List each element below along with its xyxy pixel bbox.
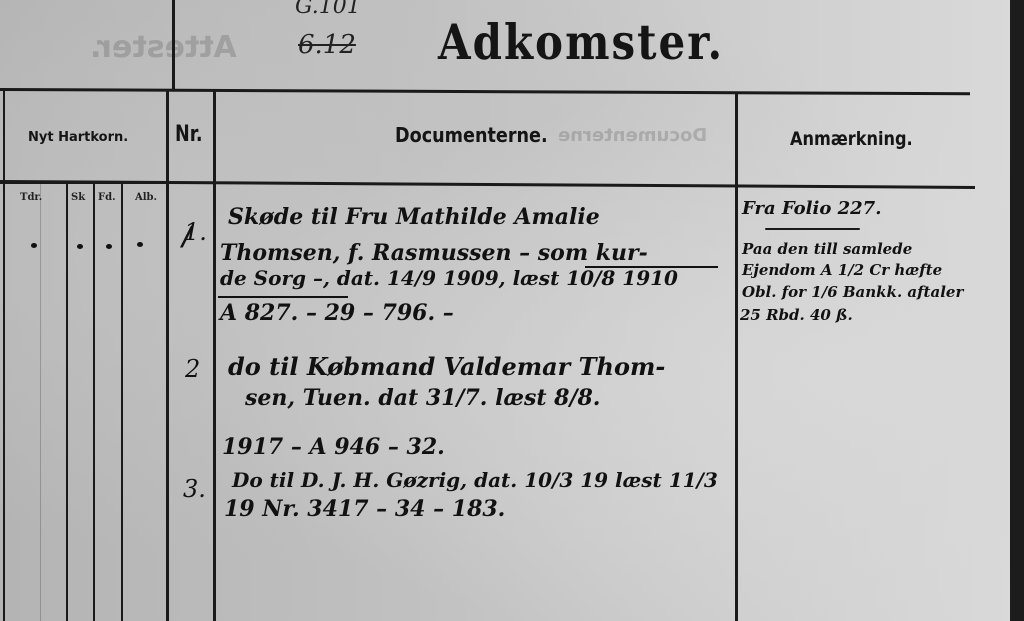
bleed-through-header: Documenterne xyxy=(558,125,707,146)
col-rule-doc-remarks xyxy=(735,92,738,621)
remark-line-1: Paa den till samlede xyxy=(742,240,912,258)
remark-line-3: Obl. for 1/6 Bankk. aftaler xyxy=(742,283,963,301)
remark-flourish xyxy=(765,228,860,230)
page-title: Adkomster. xyxy=(438,14,724,70)
subheader-alb: Alb. xyxy=(135,192,157,203)
folio-mark-bottom: 6.12 xyxy=(298,30,356,60)
remark-line-4: 25 Rbd. 40 ß. xyxy=(740,306,853,324)
ledger-page: Attester. Documenterne G.101 6.12 Adkoms… xyxy=(0,0,1012,621)
col-rule-hartkorn-nr xyxy=(166,90,169,621)
col-rule-fd-alb xyxy=(121,184,123,621)
entry-1-underline-2 xyxy=(218,296,348,298)
hartkorn-alb-dash xyxy=(137,242,143,247)
header-nyt-hartkorn: Nyt Hartkorn. xyxy=(28,130,128,145)
title-divider xyxy=(172,0,175,90)
subheader-fd: Fd. xyxy=(98,192,116,203)
header-documenterne: Documenterne. xyxy=(395,123,548,147)
col-rule-left xyxy=(3,90,5,621)
entry-2-line-3: 1917 – A 946 – 32. xyxy=(222,434,445,460)
header-nr: Nr. xyxy=(175,122,203,147)
col-rule-nr-doc xyxy=(213,90,216,621)
subheader-tdr: Tdr. xyxy=(20,192,42,203)
entry-number: 2 xyxy=(185,355,200,383)
entry-1-line-1: Skøde til Fru Mathilde Amalie xyxy=(228,204,600,230)
header-top-rule xyxy=(0,88,970,95)
hartkorn-sk-dash xyxy=(77,244,83,249)
bleed-through-text: Attester. xyxy=(90,30,237,65)
hartkorn-fd-dash xyxy=(106,244,112,249)
page-binding-edge xyxy=(1010,0,1024,621)
subheader-rule xyxy=(0,182,165,184)
entry-2-line-1: do til Købmand Valdemar Thom- xyxy=(228,352,665,381)
entry-1-line-3: de Sorg –, dat. 14/9 1909, læst 10/8 191… xyxy=(220,266,678,290)
hartkorn-tdr-dash xyxy=(31,243,37,248)
entry-1-line-2: Thomsen, f. Rasmussen – som kur- xyxy=(220,240,648,266)
col-rule-tdr-sk xyxy=(66,184,68,621)
subheader-sk: Sk xyxy=(71,192,85,203)
entry-number: 3. xyxy=(183,475,206,503)
faint-rule xyxy=(40,184,41,621)
entry-1-line-4: A 827. – 29 – 796. – xyxy=(220,300,454,326)
entry-3-line-1: Do til D. J. H. Gøzrig, dat. 10/3 19 læs… xyxy=(232,468,718,492)
col-rule-sk-fd xyxy=(93,184,95,621)
entry-number: 1. xyxy=(184,218,207,246)
remark-line-2: Ejendom A 1/2 Cr hæfte xyxy=(742,261,942,279)
remark-folio: Fra Folio 227. xyxy=(742,198,881,219)
entry-2-line-2: sen, Tuen. dat 31/7. læst 8/8. xyxy=(245,385,600,411)
folio-mark-top: G.101 xyxy=(295,0,361,19)
header-anmaerkning: Anmærkning. xyxy=(790,128,913,150)
entry-3-line-2: 19 Nr. 3417 – 34 – 183. xyxy=(224,496,505,522)
